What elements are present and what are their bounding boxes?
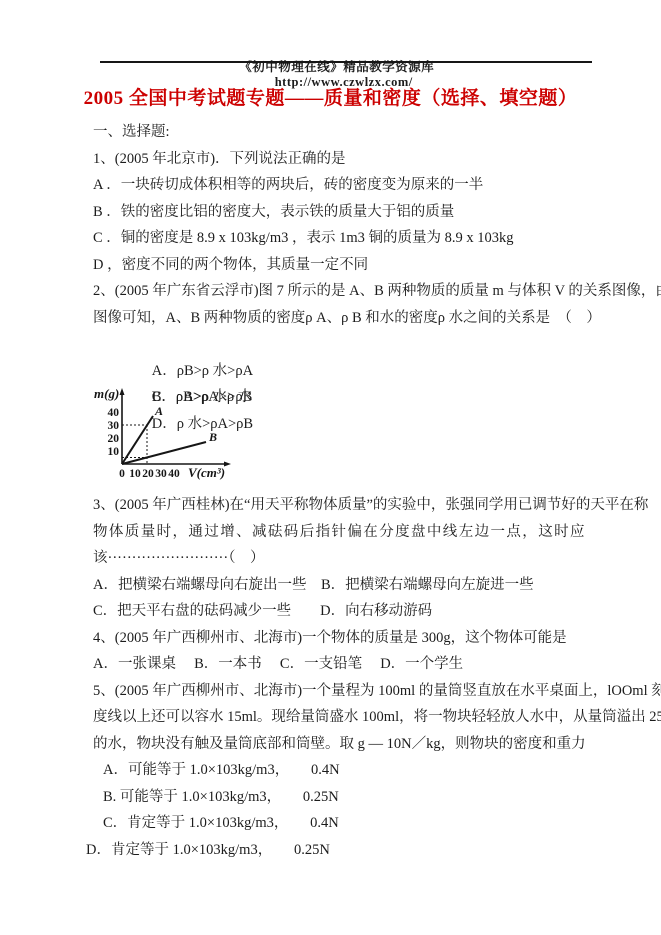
q5-option-d: D．肯定等于 1.0×103kg/m3， 0.25N: [86, 837, 593, 864]
mass-volume-chart: m(g) V(cm³) A B 40 30 20 10 0 10 20 30 4…: [93, 386, 243, 490]
q4-stem: 4、(2005 年广西柳州市、北海市)一个物体的质量是 300g，这个物体可能是: [93, 625, 593, 652]
q5-stem-line3: 的水，物块没有触及量筒底部和筒壁。取 g — 10N／kg，则物块的密度和重力: [93, 731, 593, 758]
q3-stem-line3: 该·························（ ）: [93, 545, 593, 572]
q5-stem-line2: 度线以上还可以容水 15ml。现给量筒盛水 100ml，将一物块轻轻放人水中，从…: [93, 704, 593, 731]
q5-stem-line1: 5、(2005 年广西柳州市、北海市)一个量程为 100ml 的量筒竖直放在水平…: [93, 678, 593, 705]
q1-option-b: B ．铁的密度比铝的密度大，表示铁的质量大于铝的质量: [93, 199, 593, 226]
figure-7-mass-volume-graph: m(g) V(cm³) A B 40 30 20 10 0 10 20 30 4…: [93, 384, 593, 492]
q3-stem-line1: 3、(2005 年广西桂林)在“用天平称物体质量”的实验中，张强同学用已调节好的…: [93, 492, 593, 519]
header-divider: [100, 61, 592, 63]
y-axis-label: m(g): [94, 386, 119, 401]
x-tick-20: 20: [142, 468, 154, 480]
x-tick-30: 30: [155, 468, 167, 480]
y-tick-20: 20: [108, 433, 120, 445]
q1-option-c: C ．铜的密度是 8.9 x 103kg/m3 ，表示 1m3 铜的质量为 8.…: [93, 225, 593, 252]
x-tick-0: 0: [119, 468, 125, 480]
q3-options-row1: A．把横梁右端螺母向右旋出一些 B．把横梁右端螺母向左旋进一些: [93, 572, 593, 599]
q4-options: A．一张课桌 B．一本书 C．一支铅笔 D．一个学生: [93, 651, 593, 678]
y-axis-arrow-icon: [120, 388, 125, 395]
y-tick-40: 40: [108, 407, 120, 419]
q5-option-c: C．肯定等于 1.0×103kg/m3， 0.4N: [93, 810, 593, 837]
q2-options-row1: A．ρB>ρ 水>ρA B．ρB>ρA>ρ 水: [93, 331, 593, 358]
q2-stem-line1: 2、(2005 年广东省云浮市)图 7 所示的是 A、B 两种物质的质量 m 与…: [93, 278, 593, 305]
x-tick-40: 40: [168, 468, 180, 480]
page-title: 2005 全国中考试题专题——质量和密度（选择、填空题）: [0, 83, 661, 110]
q5-option-a: A．可能等于 1.0×103kg/m3， 0.4N: [93, 757, 593, 784]
q1-option-a: A ．一块砖切成体积相等的两块后，砖的密度变为原来的一半: [93, 172, 593, 199]
q3-options-row2: C．把天平右盘的砝码减少一些 D．向右移动游码: [93, 598, 593, 625]
document-body: 一、选择题: 1、(2005 年北京市)．下列说法正确的是 A ．一块砖切成体积…: [93, 119, 593, 863]
y-tick-30: 30: [108, 420, 120, 432]
section-heading: 一、选择题:: [93, 119, 593, 146]
q2-option-a: A．ρB>ρ 水>ρA: [152, 358, 377, 385]
x-tick-10: 10: [129, 468, 141, 480]
series-b-label: B: [208, 430, 217, 444]
x-axis-label: V(cm³): [188, 465, 225, 480]
q2-stem-line2: 图像可知，A、B 两种物质的密度ρ A、ρ B 和水的密度ρ 水之间的关系是 （…: [93, 305, 593, 332]
series-a-label: A: [154, 404, 163, 418]
q1-option-d: D ，密度不同的两个物体，其质量一定不同: [93, 252, 593, 279]
q5-option-b: B. 可能等于 1.0×103kg/m3， 0.25N: [93, 784, 593, 811]
q3-stem-line2: 物体质量时，通过增、减砝码后指针偏在分度盘中线左边一点，这时应: [93, 519, 593, 546]
q1-stem: 1、(2005 年北京市)．下列说法正确的是: [93, 146, 593, 173]
y-tick-10: 10: [108, 446, 120, 458]
document-page: 《初中物理在线》精品教学资源库 http://www.czwlzx.com/ 2…: [0, 0, 661, 935]
